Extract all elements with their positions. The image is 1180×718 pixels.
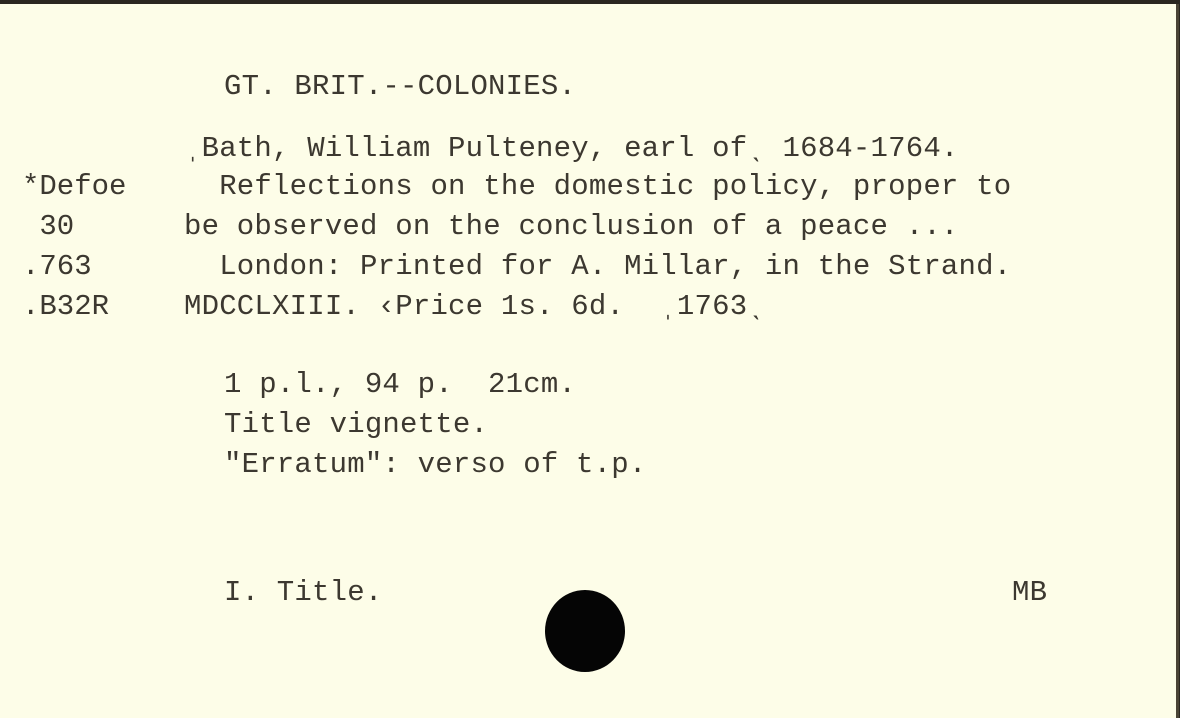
catalog-card: GT. BRIT.--COLONIES. ˌBath, William Pult… xyxy=(0,4,1179,718)
note-2: "Erratum": verso of t.p. xyxy=(224,448,646,481)
call-number-line-4: .B32R xyxy=(22,290,109,323)
date-price-line: MDCCLXIII. ‹Price 1s. 6d. ˌ1763ˎ xyxy=(184,290,765,323)
main-entry: ˌBath, William Pulteney, earl ofˎ 1684-1… xyxy=(184,132,959,165)
call-number-line-2: 30 xyxy=(22,210,74,243)
title-line-2: be observed on the conclusion of a peace… xyxy=(184,210,959,243)
call-number-line-3: .763 xyxy=(22,250,92,283)
note-1: Title vignette. xyxy=(224,408,488,441)
title-line-1: Reflections on the domestic policy, prop… xyxy=(184,170,1011,203)
location-code: MB xyxy=(1012,576,1047,609)
collation: 1 p.l., 94 p. 21cm. xyxy=(224,368,576,401)
subject-heading: GT. BRIT.--COLONIES. xyxy=(224,70,576,103)
tracing: I. Title. xyxy=(224,576,382,609)
punch-hole xyxy=(545,590,625,672)
imprint-line: London: Printed for A. Millar, in the St… xyxy=(184,250,1011,283)
call-number-line-1: *Defoe xyxy=(22,170,126,203)
